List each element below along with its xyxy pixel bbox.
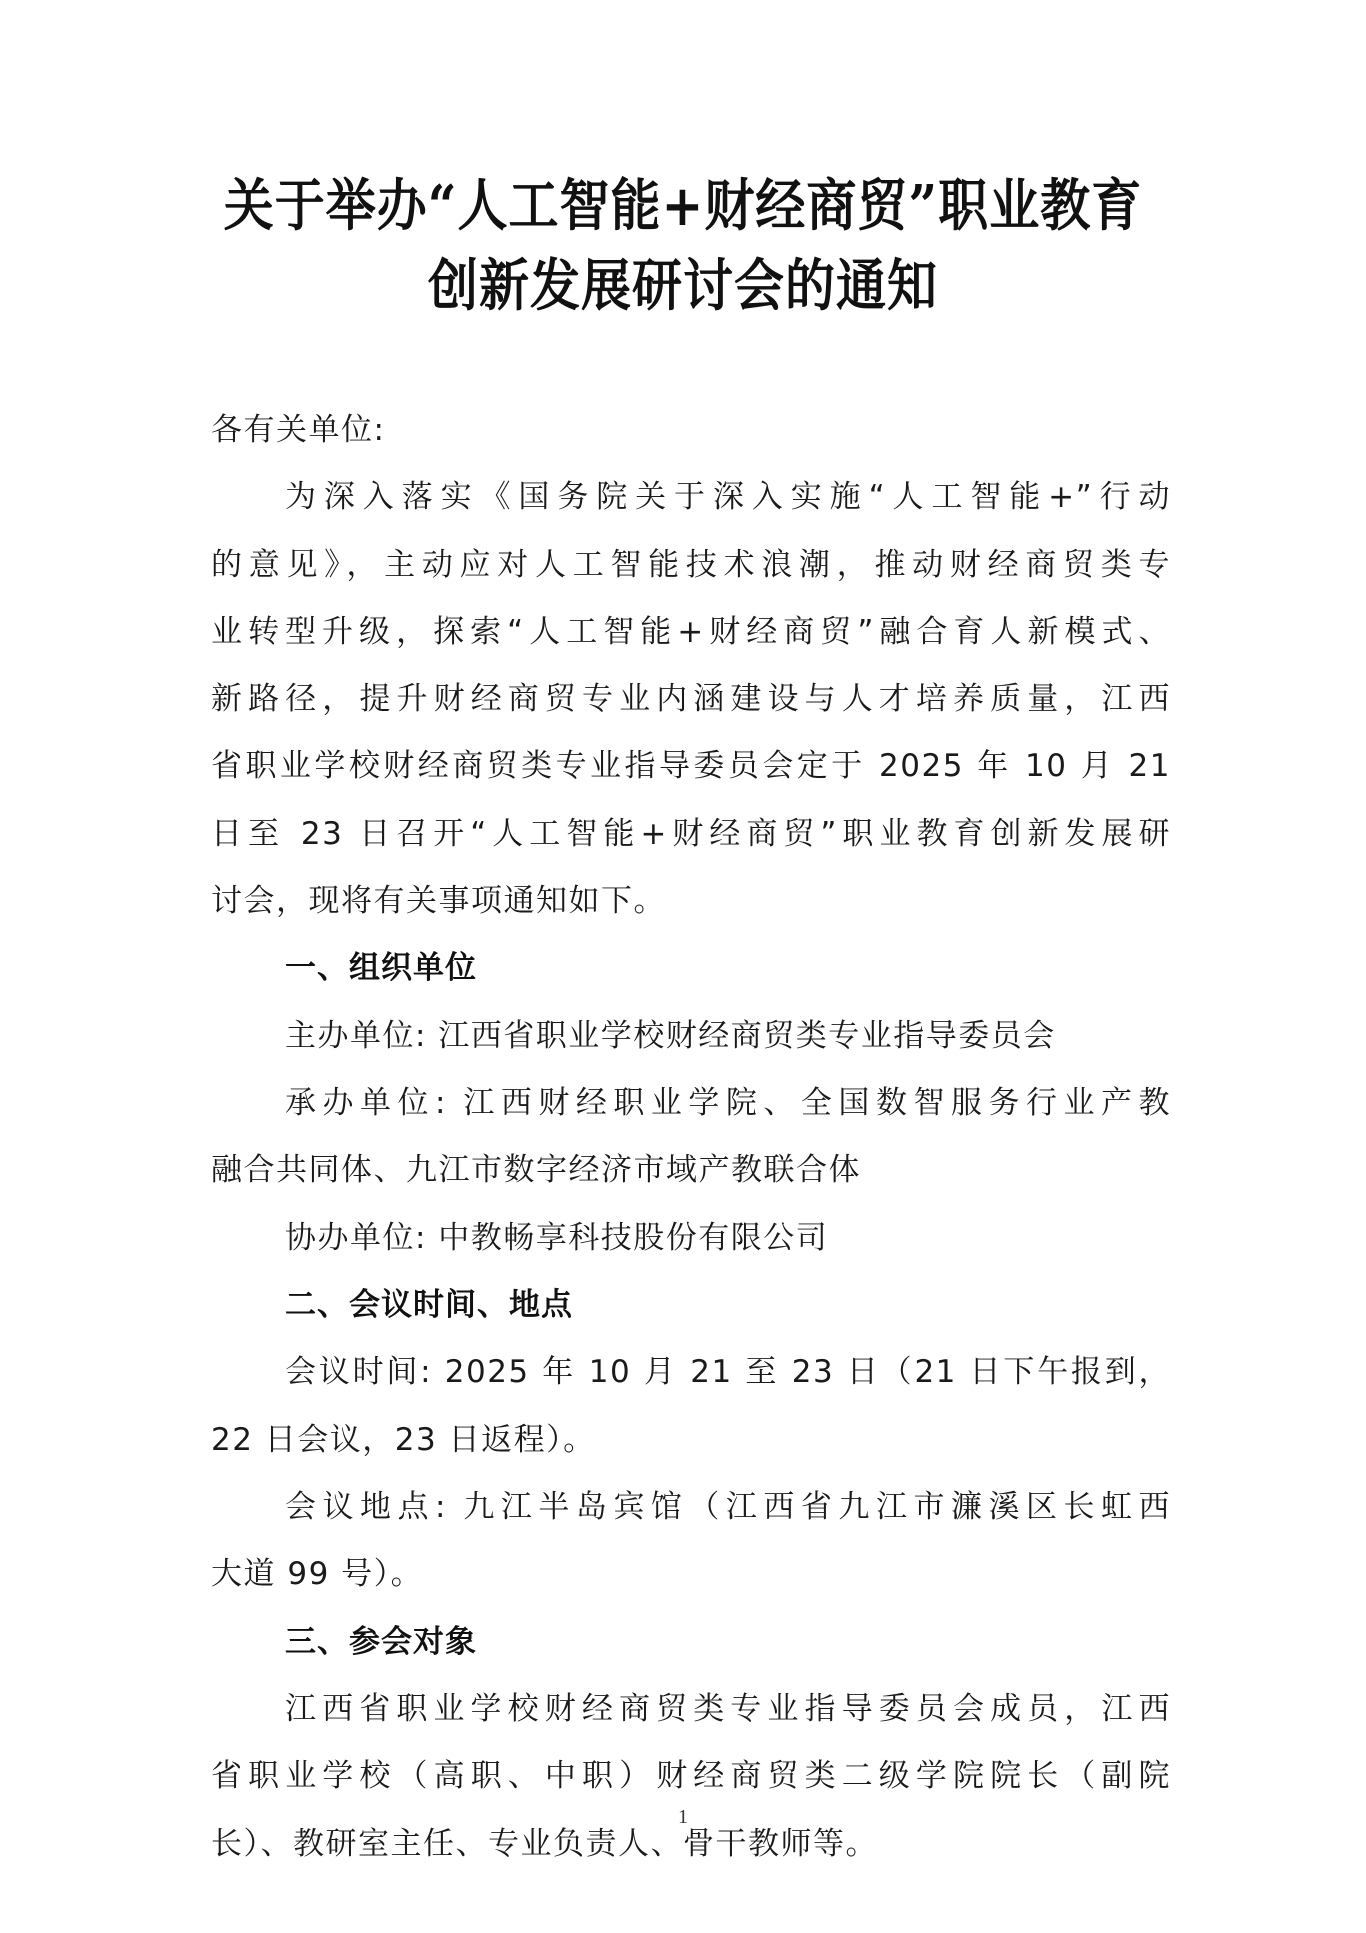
document-page: 关于举办“人工智能+财经商贸”职业教育 创新发展研讨会的通知 各有关单位: 为深… xyxy=(0,0,1366,1933)
intro-paragraph-line: 为深入落实《国务院关于深入实施“人工智能+”行动 xyxy=(285,475,1171,519)
section-line-host: 主办单位: 江西省职业学校财经商贸类专业指导委员会 xyxy=(285,1014,1171,1058)
intro-paragraph-line: 省职业学校财经商贸类专业指导委员会定于 2025 年 10 月 21 xyxy=(211,744,1171,788)
intro-paragraph-line: 新路径，提升财经商贸专业内涵建设与人才培养质量，江西 xyxy=(211,677,1171,721)
section-line-organizer: 承办单位: 江西财经职业学院、全国数智服务行业产教 xyxy=(285,1081,1171,1125)
salutation: 各有关单位: xyxy=(211,408,1171,452)
section-heading-time-place: 二、会议时间、地点 xyxy=(285,1283,573,1327)
section-line-meeting-place: 会议地点: 九江半岛宾馆（江西省九江市濂溪区长虹西 xyxy=(285,1485,1171,1529)
document-title-line-2: 创新发展研讨会的通知 xyxy=(0,252,1366,319)
section-line-co-organizer: 协办单位: 中教畅享科技股份有限公司 xyxy=(285,1216,1171,1260)
section-line-meeting-time: 会议时间: 2025 年 10 月 21 至 23 日（21 日下午报到， xyxy=(285,1350,1171,1394)
section-line-attendees: 江西省职业学校财经商贸类专业指导委员会成员，江西 xyxy=(285,1687,1171,1731)
section-line-organizer-cont: 融合共同体、九江市数字经济市域产教联合体 xyxy=(211,1148,1171,1192)
document-title-line-1: 关于举办“人工智能+财经商贸”职业教育 xyxy=(0,172,1366,239)
intro-paragraph-line: 的意见》，主动应对人工智能技术浪潮，推动财经商贸类专 xyxy=(211,543,1171,587)
section-heading-organizers: 一、组织单位 xyxy=(285,946,477,990)
section-line-attendees: 省职业学校（高职、中职）财经商贸类二级学院院长（副院 xyxy=(211,1754,1171,1798)
intro-paragraph-line: 业转型升级，探索“人工智能+财经商贸”融合育人新模式、 xyxy=(211,610,1171,654)
section-line-meeting-place-cont: 大道 99 号）。 xyxy=(211,1552,1171,1596)
section-heading-attendees: 三、参会对象 xyxy=(285,1620,477,1664)
intro-paragraph-line: 日至 23 日召开“人工智能+财经商贸”职业教育创新发展研 xyxy=(211,812,1171,856)
section-line-meeting-time-cont: 22 日会议，23 日返程）。 xyxy=(211,1418,1171,1462)
page-number: 1 xyxy=(0,1806,1366,1829)
intro-paragraph-line: 讨会，现将有关事项通知如下。 xyxy=(211,879,1171,923)
